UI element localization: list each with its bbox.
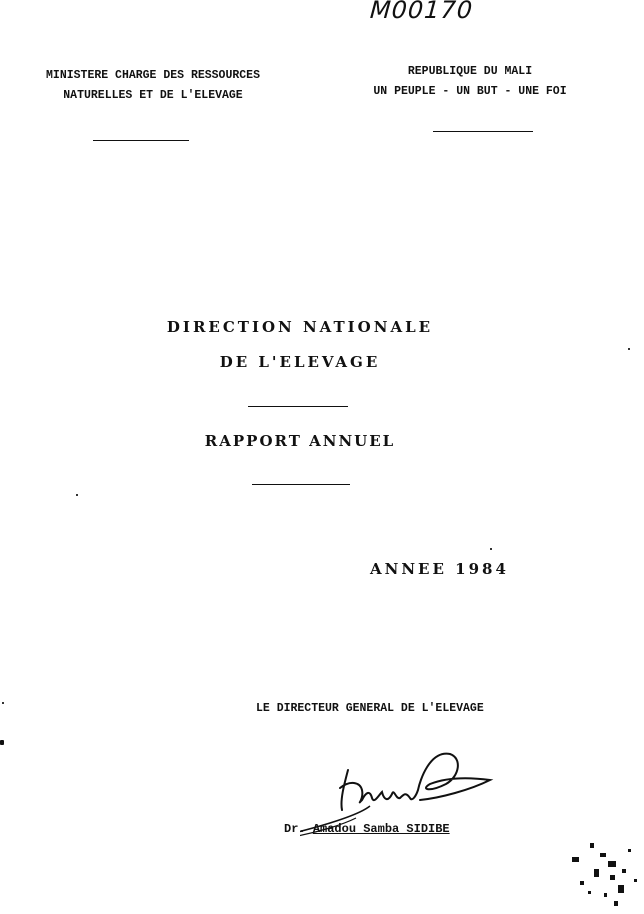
scan-noise-cluster-icon <box>560 835 644 914</box>
title-direction-nationale: DIRECTION NATIONALE <box>140 318 460 336</box>
title-divider-top <box>248 406 348 407</box>
republic-line-2: UN PEUPLE - UN BUT - UNE FOI <box>350 82 590 102</box>
scan-speck <box>0 740 4 745</box>
signatory-role: LE DIRECTEUR GENERAL DE L'ELEVAGE <box>256 702 484 715</box>
scan-speck <box>490 548 492 550</box>
report-year: ANNEE 1984 <box>370 560 509 578</box>
ministry-divider <box>93 140 189 141</box>
scan-speck <box>76 494 78 496</box>
republic-divider <box>433 131 533 132</box>
ministry-header: MINISTERE CHARGE DES RESSOURCES NATURELL… <box>18 66 288 106</box>
republic-line-1: REPUBLIQUE DU MALI <box>350 62 590 82</box>
document-page: M00170 MINISTERE CHARGE DES RESSOURCES N… <box>0 0 644 914</box>
ministry-line-1: MINISTERE CHARGE DES RESSOURCES <box>18 66 288 86</box>
ministry-line-2: NATURELLES ET DE L'ELEVAGE <box>18 86 288 106</box>
republic-header: REPUBLIQUE DU MALI UN PEUPLE - UN BUT - … <box>350 62 590 102</box>
signatory-prefix: Dr. <box>284 822 306 836</box>
scan-speck <box>628 348 630 350</box>
archive-code: M00170 <box>369 0 474 24</box>
scan-speck <box>2 702 4 704</box>
title-divider-bottom <box>252 484 350 485</box>
signatory-name: Amadou Samba SIDIBE <box>313 822 450 836</box>
title-rapport-annuel: RAPPORT ANNUEL <box>150 432 450 450</box>
title-de-l-elevage: DE L'ELEVAGE <box>140 353 460 371</box>
signatory-name-line: Dr. Amadou Samba SIDIBE <box>284 822 450 836</box>
